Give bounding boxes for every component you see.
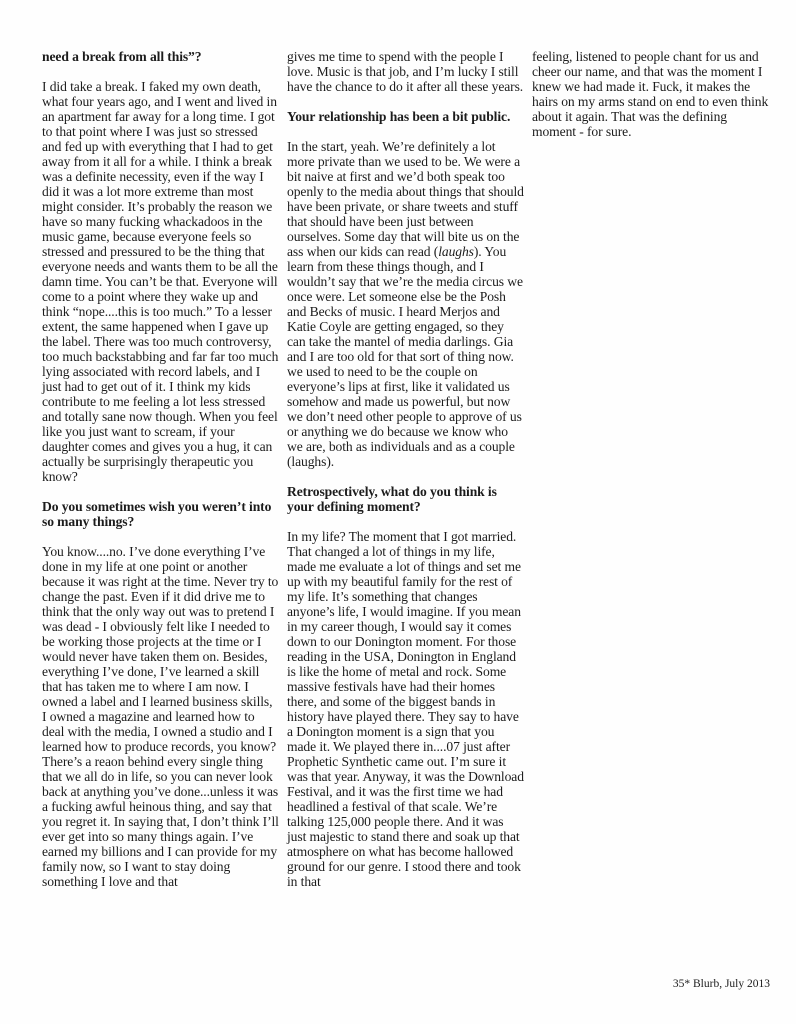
- answer-text-run: In the start, yeah. We’re definitely a l…: [287, 139, 524, 259]
- interview-question-heading: Your relationship has been a bit public.: [287, 109, 525, 124]
- interview-question-heading: Do you sometimes wish you weren’t into s…: [42, 499, 280, 529]
- column-1: need a break from all this”? I did take …: [42, 49, 280, 904]
- interview-question-heading: need a break from all this”?: [42, 49, 280, 64]
- interview-answer-paragraph: In the start, yeah. We’re definitely a l…: [287, 139, 525, 469]
- column-3: feeling, listened to people chant for us…: [532, 49, 770, 904]
- interview-answer-paragraph: In my life? The moment that I got marrie…: [287, 529, 525, 889]
- interview-answer-paragraph: I did take a break. I faked my own death…: [42, 79, 280, 484]
- column-2: gives me time to spend with the people I…: [287, 49, 525, 904]
- interview-answer-paragraph: feeling, listened to people chant for us…: [532, 49, 770, 139]
- magazine-page: need a break from all this”? I did take …: [0, 0, 796, 1024]
- interview-answer-paragraph: You know....no. I’ve done everything I’v…: [42, 544, 280, 889]
- page-number-footer: 35* Blurb, July 2013: [673, 977, 770, 991]
- answer-text-run: ). You learn from these things though, a…: [287, 244, 523, 469]
- answer-text-run-italic: laughs: [438, 244, 474, 259]
- interview-question-heading: Retrospectively, what do you think is yo…: [287, 484, 525, 514]
- interview-answer-paragraph: gives me time to spend with the people I…: [287, 49, 525, 94]
- article-body: need a break from all this”? I did take …: [42, 49, 770, 904]
